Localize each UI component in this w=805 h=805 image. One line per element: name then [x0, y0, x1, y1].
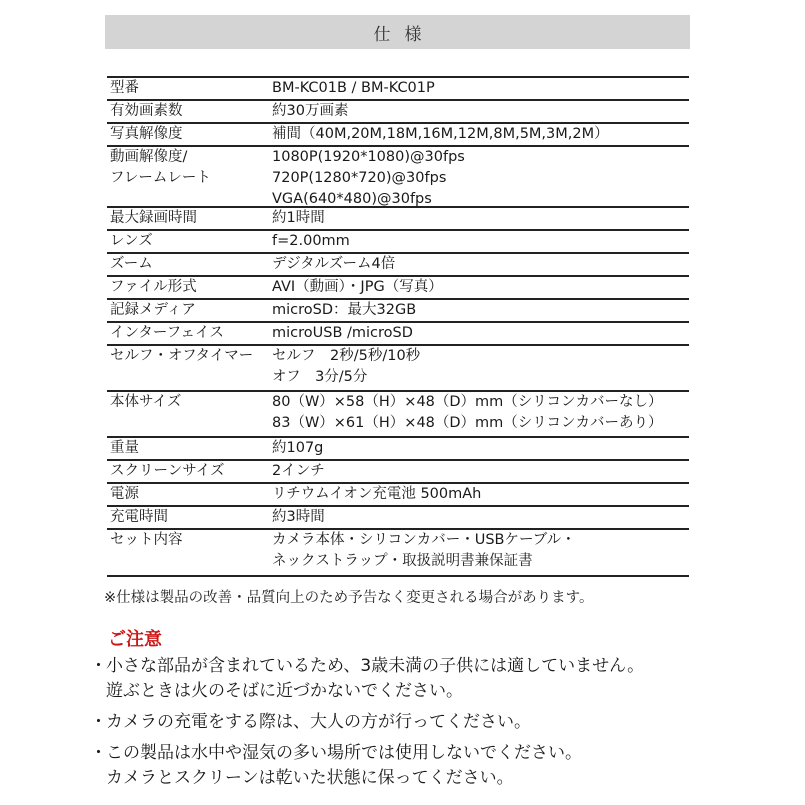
caution-item: ・ 小さな部品が含まれているため、3歳未満の子供には適していません。 遊ぶときは… [90, 654, 644, 704]
spec-row-photo-resolution: 写真解像度 補間（40M,20M,18M,16M,12M,8M,5M,3M,2M… [107, 124, 689, 147]
spec-row-media: 記録メディア microSD：最大32GB [107, 300, 689, 323]
bullet-icon: ・ [90, 741, 106, 791]
spec-row-max-record-time: 最大録画時間 約1時間 [107, 208, 689, 231]
spec-label: セット内容 [107, 530, 272, 575]
spec-row-pixels: 有効画素数 約30万画素 [107, 101, 689, 124]
spec-value: 補間（40M,20M,18M,16M,12M,8M,5M,3M,2M） [272, 124, 689, 145]
bullet-icon: ・ [90, 710, 106, 735]
spec-label: ズーム [107, 254, 272, 275]
caution-line: この製品は水中や湿気の多い場所では使用しないでください。 [106, 741, 582, 766]
spec-title-bar: 仕様 [105, 15, 690, 49]
spec-value: 80（W）×58（H）×48（D）mm（シリコンカバーなし） 83（W）×61（… [272, 392, 689, 436]
spec-row-power: 電源 リチウムイオン充電池 500mAh [107, 484, 689, 507]
spec-label: ファイル形式 [107, 277, 272, 298]
spec-value: デジタルズーム4倍 [272, 254, 689, 275]
spec-label: 動画解像度/ フレームレート [107, 147, 272, 206]
spec-label: 写真解像度 [107, 124, 272, 145]
spec-title: 仕様 [374, 20, 436, 45]
caution-item: ・ カメラの充電をする際は、大人の方が行ってください。 [90, 710, 644, 735]
caution-line: カメラとスクリーンは乾いた状態に保ってください。 [106, 766, 582, 791]
spec-value: 約30万画素 [272, 101, 689, 122]
spec-row-timer: セルフ・オフタイマー セルフ 2秒/5秒/10秒 オフ 3分/5分 [107, 346, 689, 392]
spec-row-screen-size: スクリーンサイズ 2インチ [107, 461, 689, 484]
spec-row-interface: インターフェイス microUSB /microSD [107, 323, 689, 346]
spec-value: microSD：最大32GB [272, 300, 689, 321]
spec-value: カメラ本体・シリコンカバー・USBケーブル・ ネックストラップ・取扱説明書兼保証… [272, 530, 689, 575]
spec-value: f=2.00mm [272, 231, 689, 252]
spec-label: 本体サイズ [107, 392, 272, 436]
spec-label: インターフェイス [107, 323, 272, 344]
spec-row-video-resolution: 動画解像度/ フレームレート 1080P(1920*1080)@30fps 72… [107, 147, 689, 208]
spec-label: 充電時間 [107, 507, 272, 528]
spec-label: 最大録画時間 [107, 208, 272, 229]
spec-value: 約3時間 [272, 507, 689, 528]
caution-line: 小さな部品が含まれているため、3歳未満の子供には適していません。 [106, 654, 644, 679]
spec-row-body-size: 本体サイズ 80（W）×58（H）×48（D）mm（シリコンカバーなし） 83（… [107, 392, 689, 438]
spec-label: 電源 [107, 484, 272, 505]
spec-label: スクリーンサイズ [107, 461, 272, 482]
spec-label: 型番 [107, 78, 272, 99]
spec-label: 有効画素数 [107, 101, 272, 122]
spec-value: 2インチ [272, 461, 689, 482]
caution-line: カメラの充電をする際は、大人の方が行ってください。 [106, 710, 531, 735]
spec-table: 型番 BM-KC01B / BM-KC01P 有効画素数 約30万画素 写真解像… [107, 76, 689, 577]
spec-row-charge-time: 充電時間 約3時間 [107, 507, 689, 530]
caution-heading: ご注意 [108, 625, 162, 651]
spec-footnote: ※仕様は製品の改善・品質向上のため予告なく変更される場合があります。 [104, 586, 594, 607]
spec-label: セルフ・オフタイマー [107, 346, 272, 390]
spec-value: AVI（動画）・JPG（写真） [272, 277, 689, 298]
spec-value: セルフ 2秒/5秒/10秒 オフ 3分/5分 [272, 346, 689, 390]
spec-row-model: 型番 BM-KC01B / BM-KC01P [107, 78, 689, 101]
spec-value: microUSB /microSD [272, 323, 689, 344]
spec-row-lens: レンズ f=2.00mm [107, 231, 689, 254]
spec-row-file-format: ファイル形式 AVI（動画）・JPG（写真） [107, 277, 689, 300]
spec-row-package-contents: セット内容 カメラ本体・シリコンカバー・USBケーブル・ ネックストラップ・取扱… [107, 530, 689, 577]
spec-row-weight: 重量 約107g [107, 438, 689, 461]
spec-value: 1080P(1920*1080)@30fps 720P(1280*720)@30… [272, 147, 689, 206]
caution-item: ・ この製品は水中や湿気の多い場所では使用しないでください。 カメラとスクリーン… [90, 741, 644, 791]
caution-list: ・ 小さな部品が含まれているため、3歳未満の子供には適していません。 遊ぶときは… [90, 654, 644, 797]
caution-line: 遊ぶときは火のそばに近づかないでください。 [106, 679, 644, 704]
spec-value: BM-KC01B / BM-KC01P [272, 78, 689, 99]
spec-value: 約1時間 [272, 208, 689, 229]
spec-label: レンズ [107, 231, 272, 252]
spec-label: 重量 [107, 438, 272, 459]
spec-value: 約107g [272, 438, 689, 459]
spec-label: 記録メディア [107, 300, 272, 321]
spec-row-zoom: ズーム デジタルズーム4倍 [107, 254, 689, 277]
bullet-icon: ・ [90, 654, 106, 704]
spec-value: リチウムイオン充電池 500mAh [272, 484, 689, 505]
